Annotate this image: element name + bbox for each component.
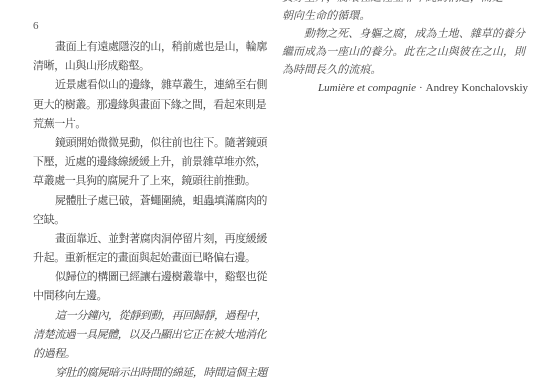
film-attribution: Lumière et compagnie·Andrey Konchalovski…: [282, 82, 528, 94]
text-line: 的過程。: [33, 345, 271, 364]
text-line: 畫面上有遠處隱沒的山，稍前處也是山，輪廓: [33, 38, 271, 57]
text-line: 屍體肚子處已破，蒼蠅圍繞，蛆蟲填滿腐肉的: [33, 192, 271, 211]
text-line: 荒蕪一片。: [33, 115, 271, 134]
book-page-spread: 6 畫面上有遠處隱沒的山，稍前處也是山，輪廓 清晰，山與山形成谿壑。 近景處看似…: [0, 0, 546, 387]
director-name: Andrey Konchalovskiy: [426, 82, 528, 94]
text-line: 清楚流過一具屍體，以及凸顯出它正在被大地消化: [33, 326, 271, 345]
text-line: 中間移向左邊。: [33, 287, 271, 306]
text-line: 穿肚的腐屍暗示出時間的綿延，時間這個主題: [33, 364, 271, 383]
text-line: 草叢處一具狗的腐屍升了上來，鏡頭往前推動。: [33, 172, 271, 191]
text-line: 升起。重新框定的畫面與起始畫面已略偏右邊。: [33, 249, 271, 268]
text-line: 為時間長久的流痕。: [282, 61, 528, 79]
text-line: 近景處看似山的邊緣，雜草叢生，連綿至右側: [33, 76, 271, 95]
clipped-text-line: 貫穿全片，腐壞在這裡並非單純的消逝，而是: [282, 0, 528, 7]
text-line: 似歸位的構圖已經讓右邊樹叢靠中，谿壑也從: [33, 268, 271, 287]
right-page-text-block: 貫穿全片，腐壞在這裡並非單純的消逝，而是 朝向生命的循環。 動物之死、身軀之腐，…: [282, 0, 528, 79]
text-line: 動物之死、身軀之腐，成為土地、雜草的養分: [282, 25, 528, 43]
text-line: 下壓，近處的邊緣線緩緩上升，前景雜草堆亦然，: [33, 153, 271, 172]
text-line: 鏡頭開始微微晃動，似往前也往下。隨著鏡頭: [33, 134, 271, 153]
text-line: 更大的樹叢。那邊緣與畫面下緣之間，看起來則是: [33, 96, 271, 115]
text-line: 繼而成為一座山的養分。此在之山與彼在之山，則: [282, 43, 528, 61]
text-line: 清晰，山與山形成谿壑。: [33, 57, 271, 76]
text-line: 畫面靠近、並對著腐肉洞停留片刻，再度緩緩: [33, 230, 271, 249]
text-line: 這一分鐘內，從靜到動，再回歸靜，過程中，: [33, 307, 271, 326]
film-title: Lumière et compagnie: [318, 82, 416, 94]
text-line: 朝向生命的循環。: [282, 7, 528, 25]
text-line: 空缺。: [33, 211, 271, 230]
left-page-text-block: 畫面上有遠處隱沒的山，稍前處也是山，輪廓 清晰，山與山形成谿壑。 近景處看似山的…: [33, 38, 271, 383]
page-number: 6: [33, 20, 39, 32]
attribution-separator: ·: [419, 82, 423, 94]
